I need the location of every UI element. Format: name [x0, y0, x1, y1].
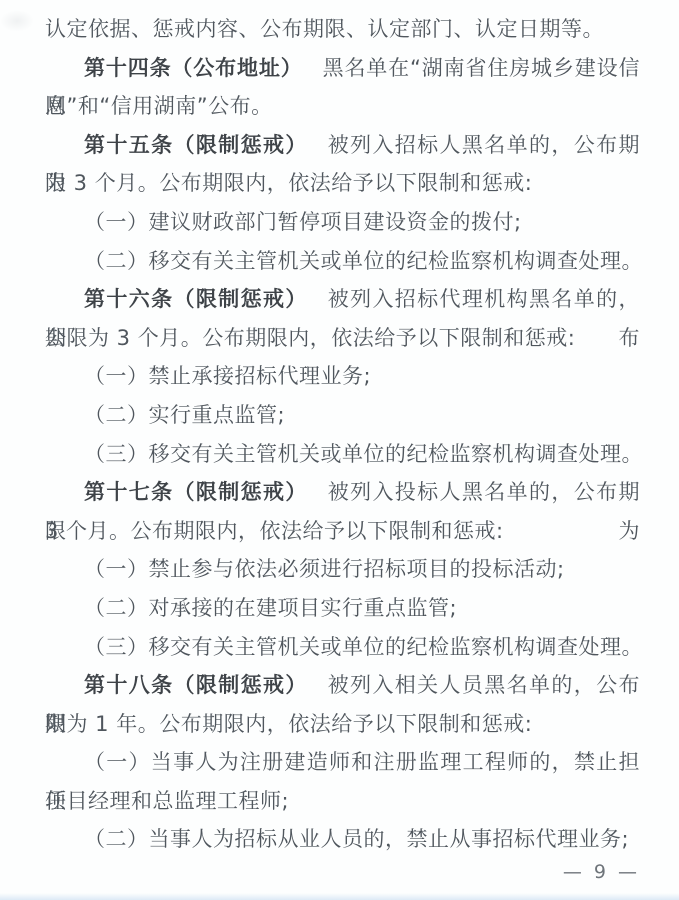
text-line: 第十五条（限制惩戒）被列入招标人黑名单的，公布期限: [45, 126, 640, 165]
text-line: 项目经理和总监理工程师;: [45, 782, 640, 821]
text-line: 为 3 个月。公布期限内，依法给予以下限制和惩戒:: [45, 164, 640, 203]
article-heading: 第十四条（公布地址）: [84, 56, 303, 80]
text-line: 限为 1 年。公布期限内，依法给予以下限制和惩戒:: [45, 705, 640, 744]
scan-artifact-bottom-edge: [0, 893, 679, 900]
text-line: 第十七条（限制惩戒）被列入投标人黑名单的，公布期限为: [45, 473, 640, 512]
article-heading: 第十五条（限制惩戒）: [84, 133, 308, 157]
text-line: （一）建议财政部门暂停项目建设资金的拨付;: [45, 203, 640, 242]
text-run: （二）移交有关主管机关或单位的纪检监察机构调查处理。: [84, 249, 643, 273]
text-run: （三）移交有关主管机关或单位的纪检监察机构调查处理。: [84, 442, 643, 466]
text-run: （三）移交有关主管机关或单位的纪检监察机构调查处理。: [84, 635, 643, 659]
text-run: （二）当事人为招标从业人员的，禁止从事招标代理业务;: [84, 827, 629, 851]
text-run: 3 个月。公布期限内，依法给予以下限制和惩戒:: [45, 519, 504, 543]
text-run: 认定依据、惩戒内容、公布期限、认定部门、认定日期等。: [45, 17, 604, 41]
text-run: （一）建议财政部门暂停项目建设资金的拨付;: [84, 210, 522, 234]
document-body: 认定依据、惩戒内容、公布期限、认定部门、认定日期等。第十四条（公布地址）黑名单在…: [0, 0, 679, 859]
text-run: 为 3 个月。公布期限内，依法给予以下限制和惩戒:: [45, 171, 532, 195]
page-footer: — 9 —: [0, 861, 679, 883]
article-heading: 第十七条（限制惩戒）: [84, 480, 308, 504]
article-heading: 第十八条（限制惩戒）: [84, 673, 308, 697]
text-run: 项目经理和总监理工程师;: [45, 789, 289, 813]
text-run: （一）禁止参与依法必须进行招标项目的投标活动;: [84, 557, 565, 581]
document-page: 认定依据、惩戒内容、公布期限、认定部门、认定日期等。第十四条（公布地址）黑名单在…: [0, 0, 679, 900]
page-number: — 9 —: [563, 861, 640, 883]
text-line: （一）禁止参与依法必须进行招标项目的投标活动;: [45, 550, 640, 589]
text-run: （二）实行重点监管;: [84, 403, 285, 427]
text-line: 认定依据、惩戒内容、公布期限、认定部门、认定日期等。: [45, 10, 640, 49]
text-line: 网”和“信用湖南”公布。: [45, 87, 640, 126]
text-line: （一）禁止承接招标代理业务;: [45, 357, 640, 396]
text-run: 限为 1 年。公布期限内，依法给予以下限制和惩戒:: [45, 712, 532, 736]
text-line: （三）移交有关主管机关或单位的纪检监察机构调查处理。: [45, 435, 640, 474]
text-run: （二）对承接的在建项目实行重点监管;: [84, 596, 457, 620]
article-heading: 第十六条（限制惩戒）: [84, 287, 308, 311]
text-line: 第十四条（公布地址）黑名单在“湖南省住房城乡建设信息: [45, 49, 640, 88]
text-run: （一）禁止承接招标代理业务;: [84, 364, 371, 388]
text-line: （三）移交有关主管机关或单位的纪检监察机构调查处理。: [45, 628, 640, 667]
text-run: 网”和“信用湖南”公布。: [45, 94, 273, 118]
text-line: 第十六条（限制惩戒）被列入招标代理机构黑名单的，公布: [45, 280, 640, 319]
text-line: 第十八条（限制惩戒）被列入相关人员黑名单的，公布期: [45, 666, 640, 705]
text-line: （二）对承接的在建项目实行重点监管;: [45, 589, 640, 628]
text-line: （二）移交有关主管机关或单位的纪检监察机构调查处理。: [45, 242, 640, 281]
text-run: 期限为 3 个月。公布期限内，依法给予以下限制和惩戒:: [45, 326, 575, 350]
text-line: （一）当事人为注册建造师和注册监理工程师的，禁止担任: [45, 743, 640, 782]
text-line: （二）当事人为招标从业人员的，禁止从事招标代理业务;: [45, 820, 640, 859]
text-line: （二）实行重点监管;: [45, 396, 640, 435]
text-line: 期限为 3 个月。公布期限内，依法给予以下限制和惩戒:: [45, 319, 640, 358]
